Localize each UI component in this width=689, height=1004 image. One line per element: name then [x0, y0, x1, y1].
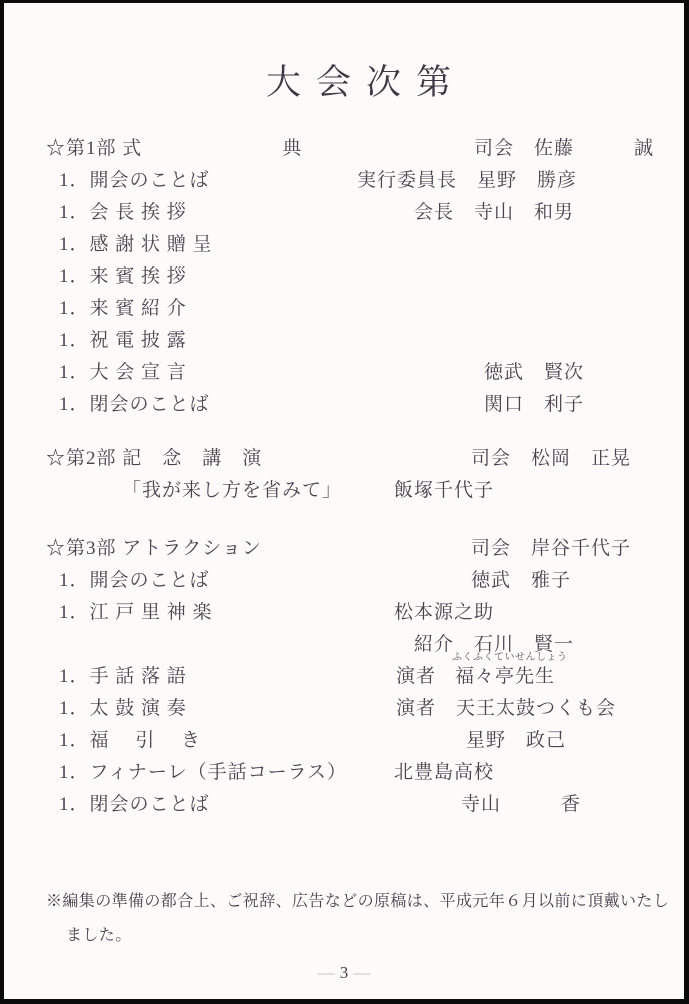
page-number-dash-right: ―: [348, 963, 375, 982]
credit-label: 徳武 賢次: [484, 357, 584, 389]
program-page: 大会次第 ☆第1部 式 典 司会 佐藤 誠 1．開会のことば 実行委員長 星野 …: [0, 0, 689, 1004]
item-label: 1．フィナーレ（手話コーラス）: [59, 757, 347, 789]
section-header-label: ☆第3部 アトラクション: [46, 533, 262, 565]
program-row: 紹介 石川 賢一: [4, 629, 684, 661]
program-row: 1．手 話 落 語 演者ふくふくていせんしょう福々亭先生: [4, 661, 684, 693]
item-label: 1．手 話 落 語: [59, 661, 187, 693]
credit-label: 司会 岸谷千代子: [471, 533, 631, 565]
credit-label: 実行委員長 星野 勝彦: [357, 165, 577, 197]
credit-label: 演者 天王太鼓つくも会: [396, 693, 616, 725]
credit-label: 会長 寺山 和男: [414, 197, 574, 229]
item-label: 1．感 謝 状 贈 呈: [59, 229, 213, 261]
performer-name: 福々亭先生: [455, 666, 555, 687]
section-header: ☆第3部 アトラクション 司会 岸谷千代子: [4, 533, 684, 565]
program-row: 1．開会のことば 実行委員長 星野 勝彦: [4, 165, 684, 197]
item-label: 1．閉会のことば: [59, 789, 210, 821]
section-header-label: ☆第1部 式 典: [46, 133, 302, 165]
item-label: 1．閉会のことば: [59, 389, 210, 421]
item-label: 1．開会のことば: [59, 565, 210, 597]
title-row: 大会次第: [4, 55, 684, 101]
credit-label: 徳武 雅子: [471, 565, 571, 597]
program-row: 1．江 戸 里 神 楽 松本源之助: [4, 597, 684, 629]
section-part3: ☆第3部 アトラクション 司会 岸谷千代子 1．開会のことば 徳武 雅子 1．江…: [4, 533, 684, 821]
footnote: ※編集の準備の都合上、ご祝辞、広告などの原稿は、平成元年６月以前に頂戴いたし ま…: [4, 885, 684, 953]
program-row: 1．開会のことば 徳武 雅子: [4, 565, 684, 597]
program-row: 1．閉会のことば 寺山 香: [4, 789, 684, 821]
program-row: 1．来 賓 挨 拶: [4, 261, 684, 293]
item-label: 1．祝 電 披 露: [59, 325, 187, 357]
credit-label: 北豊島高校: [394, 757, 494, 789]
credit-label: 司会 佐藤 誠: [474, 133, 654, 165]
section-header: ☆第1部 式 典 司会 佐藤 誠: [4, 133, 684, 165]
furigana-label: ふくふくていせんしょう: [452, 653, 568, 663]
footnote-line-1: ※編集の準備の都合上、ご祝辞、広告などの原稿は、平成元年６月以前に頂戴いたし: [4, 885, 684, 919]
credit-label: 松本源之助: [394, 597, 494, 629]
lecture-title-label: 「我が来し方を省みて」: [122, 475, 342, 507]
program-row: 1．会 長 挨 拶 会長 寺山 和男: [4, 197, 684, 229]
credit-label: 寺山 香: [461, 789, 581, 821]
credit-label: 飯塚千代子: [394, 475, 494, 507]
program-row: 「我が来し方を省みて」 飯塚千代子: [4, 475, 684, 507]
item-label: 1．来 賓 紹 介: [59, 293, 187, 325]
item-label: 1．太 鼓 演 奏: [59, 693, 187, 725]
item-label: 1．江 戸 里 神 楽: [59, 597, 213, 629]
program-row: 1．感 謝 状 贈 呈: [4, 229, 684, 261]
page-number-value: 3: [340, 963, 349, 982]
program-row: 1．大 会 宣 言 徳武 賢次: [4, 357, 684, 389]
program-row: 1．フィナーレ（手話コーラス） 北豊島高校: [4, 757, 684, 789]
footnote-line-2: ました。: [4, 919, 684, 953]
section-header-label: ☆第2部 記 念 講 演: [46, 443, 262, 475]
item-label: 1．大 会 宣 言: [59, 357, 187, 389]
credit-role-label: 演者: [396, 666, 436, 687]
credit-label: 関口 利子: [484, 389, 584, 421]
program-row: 1．閉会のことば 関口 利子: [4, 389, 684, 421]
item-label: 1．福 引 き: [59, 725, 201, 757]
page-title: 大会次第: [266, 55, 466, 105]
credit-label: 演者ふくふくていせんしょう福々亭先生: [396, 661, 555, 693]
page-number-dash-left: ―: [313, 963, 340, 982]
page-number: ―3―: [4, 959, 684, 987]
program-row: 1．福 引 き 星野 政己: [4, 725, 684, 757]
item-label: 1．会 長 挨 拶: [59, 197, 187, 229]
credit-label: 司会 松岡 正晃: [471, 443, 631, 475]
section-part1: ☆第1部 式 典 司会 佐藤 誠 1．開会のことば 実行委員長 星野 勝彦 1．…: [4, 133, 684, 421]
program-row: 1．来 賓 紹 介: [4, 293, 684, 325]
section-part2: ☆第2部 記 念 講 演 司会 松岡 正晃 「我が来し方を省みて」 飯塚千代子: [4, 443, 684, 507]
credit-label: 星野 政己: [466, 725, 566, 757]
performer-with-furigana: ふくふくていせんしょう福々亭先生: [455, 661, 555, 693]
section-header: ☆第2部 記 念 講 演 司会 松岡 正晃: [4, 443, 684, 475]
program-row: 1．祝 電 披 露: [4, 325, 684, 357]
item-label: 1．来 賓 挨 拶: [59, 261, 187, 293]
item-label: 1．開会のことば: [59, 165, 210, 197]
program-row: 1．太 鼓 演 奏 演者 天王太鼓つくも会: [4, 693, 684, 725]
